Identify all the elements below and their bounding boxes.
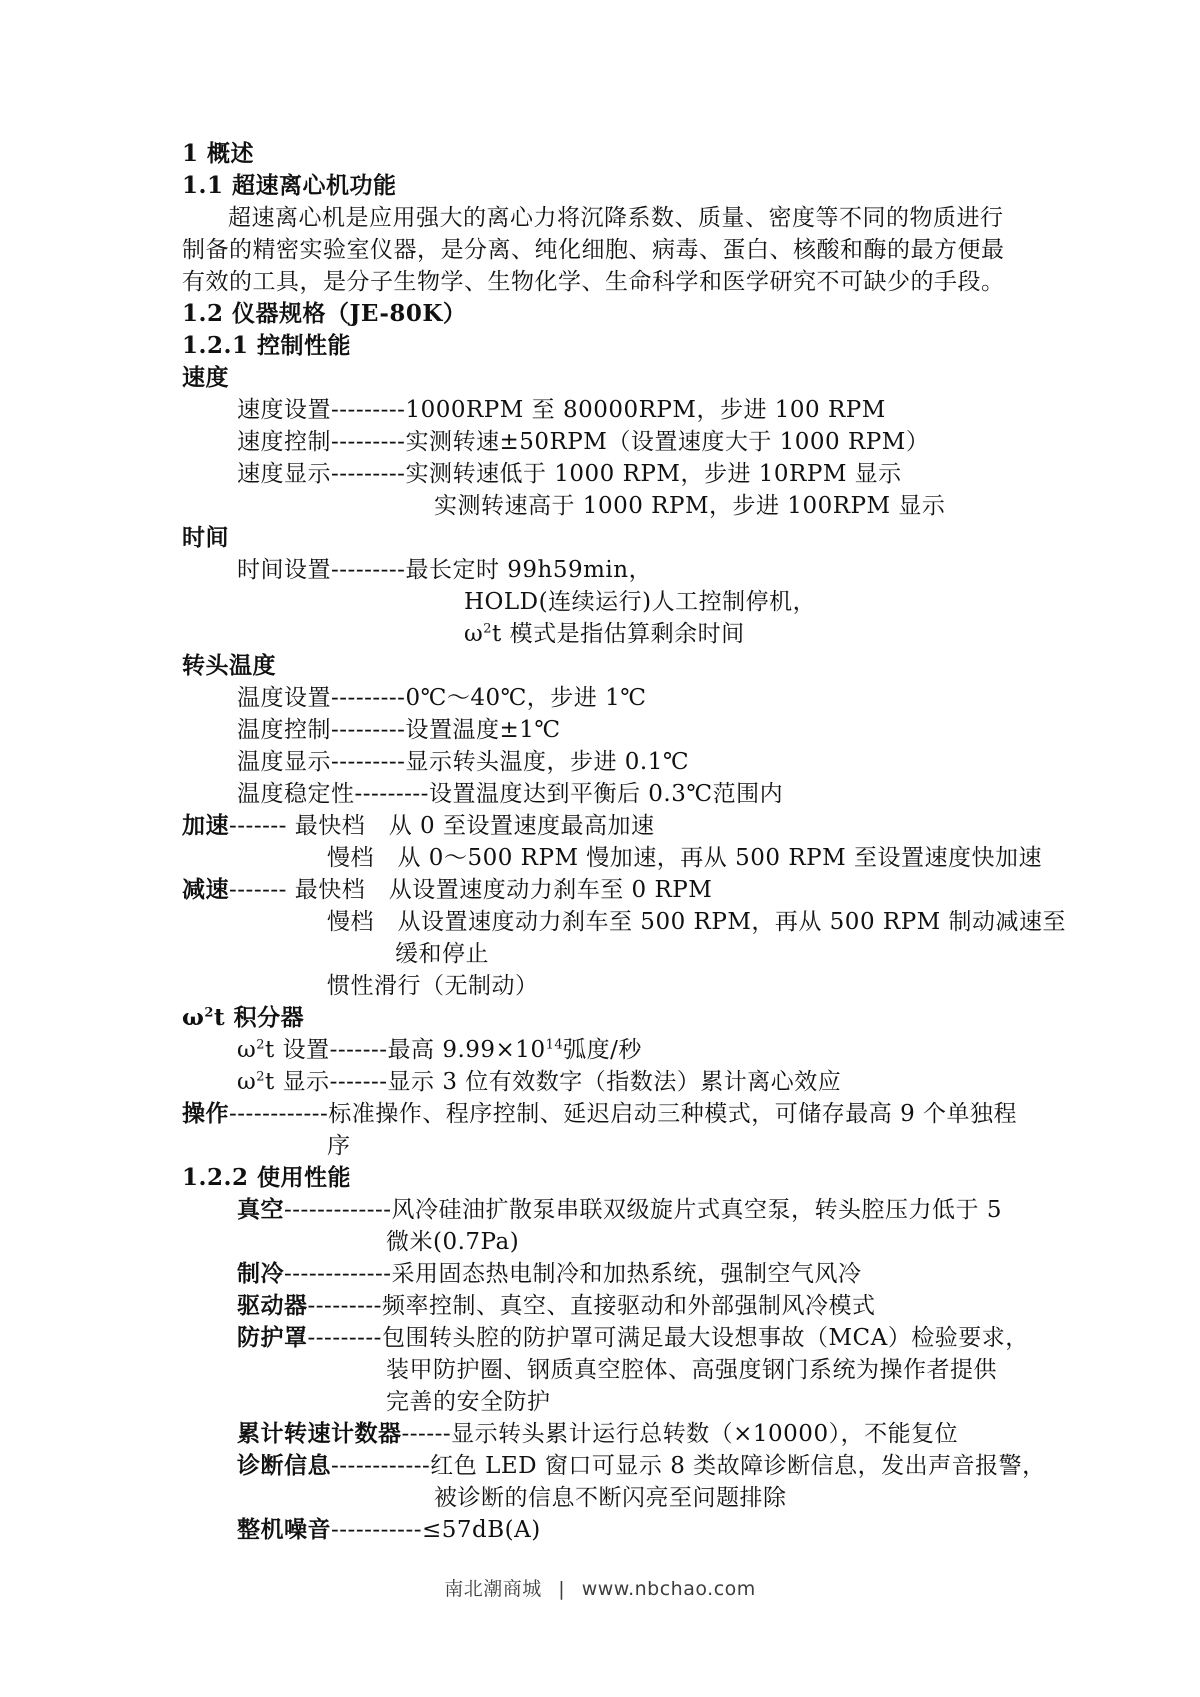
doc-text: ω — [237, 1069, 256, 1095]
doc-text: 最快档 从设置速度动力刹车至 0 RPM — [295, 877, 713, 903]
doc-text: t 积分器 — [214, 1004, 304, 1031]
doc-text: 包围转头腔的防护罩可满足最大设想事故（MCA）检验要求， — [382, 1325, 1029, 1351]
doc-text: ------------ — [229, 1101, 328, 1127]
doc-text: --------- — [331, 397, 405, 423]
doc-line: 温度设置---------0℃～40℃，步进 1℃ — [0, 682, 1200, 714]
doc-text: 1.2.1 控制性能 — [182, 332, 351, 359]
doc-line: 速度显示---------实测转速低于 1000 RPM，步进 10RPM 显示 — [0, 458, 1200, 490]
doc-text: --------- — [331, 461, 405, 487]
doc-text: 时间设置 — [237, 557, 331, 583]
doc-line: 驱动器---------频率控制、真空、直接驱动和外部强制风冷模式 — [0, 1290, 1200, 1322]
doc-text: ≤57dB(A) — [422, 1517, 541, 1543]
doc-text: 速度 — [182, 364, 229, 391]
doc-line: ω2t 模式是指估算剩余时间 — [0, 618, 1200, 650]
doc-text: t 设置 — [265, 1037, 330, 1063]
doc-text: 真空 — [237, 1196, 284, 1223]
doc-text: ------------ — [331, 1453, 430, 1479]
doc-line: 实测转速高于 1000 RPM，步进 100RPM 显示 — [0, 490, 1200, 522]
doc-line: 转头温度 — [0, 650, 1200, 682]
doc-line: HOLD(连续运行)人工控制停机， — [0, 586, 1200, 618]
doc-line: 装甲防护圈、钢质真空腔体、高强度钢门系统为操作者提供 — [0, 1354, 1200, 1386]
doc-line: 制冷-------------采用固态热电制冷和加热系统，强制空气风冷 — [0, 1258, 1200, 1290]
doc-text: 弧度/秒 — [563, 1037, 642, 1063]
doc-text: 温度显示 — [237, 749, 331, 775]
doc-text: t 模式是指估算剩余时间 — [492, 621, 745, 647]
doc-text: 装甲防护圈、钢质真空腔体、高强度钢门系统为操作者提供 — [386, 1357, 997, 1383]
doc-text: 微米(0.7Pa) — [386, 1229, 519, 1255]
doc-text: 1.2.2 使用性能 — [182, 1164, 351, 1191]
doc-line: 减速------- 最快档 从设置速度动力刹车至 0 RPM — [0, 874, 1200, 906]
doc-text: ------- — [330, 1037, 388, 1063]
doc-line: 温度控制---------设置温度±1℃ — [0, 714, 1200, 746]
doc-text: 显示转头累计运行总转数（×10000），不能复位 — [451, 1421, 958, 1447]
doc-text: --------- — [355, 781, 429, 807]
doc-text: --------- — [331, 685, 405, 711]
doc-line: 制备的精密实验室仪器，是分离、纯化细胞、病毒、蛋白、核酸和酶的最方便最 — [0, 234, 1200, 266]
doc-line: 累计转速计数器------显示转头累计运行总转数（×10000），不能复位 — [0, 1418, 1200, 1450]
doc-text: 频率控制、真空、直接驱动和外部强制风冷模式 — [382, 1293, 876, 1319]
doc-text: 实测转速高于 1000 RPM，步进 100RPM 显示 — [434, 493, 945, 519]
doc-text: --------- — [331, 717, 405, 743]
doc-line: 速度设置---------1000RPM 至 80000RPM，步进 100 R… — [0, 394, 1200, 426]
doc-line: ω2t 显示-------显示 3 位有效数字（指数法）累计离心效应 — [0, 1066, 1200, 1098]
doc-line: 完善的安全防护 — [0, 1386, 1200, 1418]
doc-text: ------------- — [284, 1261, 392, 1287]
doc-text: 有效的工具，是分子生物学、生物化学、生命科学和医学研究不可缺少的手段。 — [182, 269, 1005, 295]
doc-line: 微米(0.7Pa) — [0, 1226, 1200, 1258]
doc-line: 1.2 仪器规格（JE-80K） — [0, 298, 1200, 330]
doc-text: 慢档 从 0～500 RPM 慢加速，再从 500 RPM 至设置速度快加速 — [327, 845, 1042, 871]
doc-text: 操作 — [182, 1100, 229, 1127]
document-page: 1 概述1.1 超速离心机功能超速离心机是应用强大的离心力将沉降系数、质量、密度… — [0, 0, 1200, 1697]
doc-text: 加速 — [182, 812, 229, 839]
doc-line: 被诊断的信息不断闪亮至问题排除 — [0, 1482, 1200, 1514]
doc-text: 设置温度达到平衡后 0.3℃范围内 — [429, 781, 783, 807]
doc-text: 驱动器 — [237, 1292, 308, 1319]
doc-text: ω — [237, 1037, 256, 1063]
doc-text: 惯性滑行（无制动） — [327, 973, 539, 999]
doc-text: 1 概述 — [182, 140, 254, 167]
doc-text: 制冷 — [237, 1260, 284, 1287]
doc-text: --------- — [331, 429, 405, 455]
doc-text: 红色 LED 窗口可显示 8 类故障诊断信息，发出声音报警， — [430, 1453, 1045, 1479]
doc-text: 实测转速低于 1000 RPM，步进 10RPM 显示 — [405, 461, 901, 487]
doc-text: 1000RPM 至 80000RPM，步进 100 RPM — [405, 397, 885, 423]
doc-text: 防护罩 — [237, 1324, 308, 1351]
doc-text: 温度稳定性 — [237, 781, 355, 807]
doc-text: 设置温度±1℃ — [405, 717, 560, 743]
doc-text: ----------- — [331, 1517, 422, 1543]
doc-line: 1.2.2 使用性能 — [0, 1162, 1200, 1194]
doc-line: 时间设置---------最长定时 99h59min， — [0, 554, 1200, 586]
document-body: 1 概述1.1 超速离心机功能超速离心机是应用强大的离心力将沉降系数、质量、密度… — [0, 138, 1200, 1546]
doc-text: 实测转速±50RPM（设置速度大于 1000 RPM） — [405, 429, 929, 455]
doc-text: t 显示 — [265, 1069, 330, 1095]
doc-text: 诊断信息 — [237, 1452, 331, 1479]
doc-line: 温度稳定性---------设置温度达到平衡后 0.3℃范围内 — [0, 778, 1200, 810]
doc-line: 时间 — [0, 522, 1200, 554]
doc-text: --------- — [331, 557, 405, 583]
doc-line: 速度 — [0, 362, 1200, 394]
doc-text: 0℃～40℃，步进 1℃ — [405, 685, 646, 711]
doc-superscript: 14 — [546, 1037, 564, 1052]
doc-text: --------- — [308, 1325, 382, 1351]
page-footer: 南北潮商城 | www.nbchao.com — [0, 1574, 1200, 1601]
doc-superscript: 2 — [256, 1037, 265, 1052]
doc-text: 1.1 超速离心机功能 — [182, 172, 397, 199]
doc-text: ------------- — [284, 1197, 392, 1223]
doc-text: ------- — [229, 877, 295, 903]
doc-text: 速度显示 — [237, 461, 331, 487]
doc-line: ω2t 积分器 — [0, 1002, 1200, 1034]
doc-line: 缓和停止 — [0, 938, 1200, 970]
doc-text: 显示转头温度，步进 0.1℃ — [405, 749, 689, 775]
doc-text: 制备的精密实验室仪器，是分离、纯化细胞、病毒、蛋白、核酸和酶的最方便最 — [182, 237, 1005, 263]
doc-text: 最快档 从 0 至设置速度最高加速 — [295, 813, 655, 839]
doc-text: ------- — [330, 1069, 388, 1095]
doc-line: 防护罩---------包围转头腔的防护罩可满足最大设想事故（MCA）检验要求， — [0, 1322, 1200, 1354]
doc-line: 1.1 超速离心机功能 — [0, 170, 1200, 202]
footer-separator: | — [558, 1578, 565, 1600]
doc-line: 慢档 从 0～500 RPM 慢加速，再从 500 RPM 至设置速度快加速 — [0, 842, 1200, 874]
doc-line: 操作------------标准操作、程序控制、延迟启动三种模式，可储存最高 9… — [0, 1098, 1200, 1130]
doc-text: 最长定时 99h59min， — [405, 557, 652, 583]
doc-text: 速度设置 — [237, 397, 331, 423]
doc-text: ------ — [402, 1421, 452, 1447]
doc-line: 真空-------------风冷硅油扩散泵串联双级旋片式真空泵，转头腔压力低于… — [0, 1194, 1200, 1226]
doc-text: 采用固态热电制冷和加热系统，强制空气风冷 — [392, 1261, 862, 1287]
doc-line: 惯性滑行（无制动） — [0, 970, 1200, 1002]
doc-text: 整机噪音 — [237, 1516, 331, 1543]
doc-text: 标准操作、程序控制、延迟启动三种模式，可储存最高 9 个单独程 — [328, 1101, 1017, 1127]
doc-line: 温度显示---------显示转头温度，步进 0.1℃ — [0, 746, 1200, 778]
doc-text: ω — [464, 621, 483, 647]
doc-text: 缓和停止 — [395, 941, 489, 967]
doc-text: 减速 — [182, 876, 229, 903]
doc-text: 慢档 从设置速度动力刹车至 500 RPM，再从 500 RPM 制动减速至 — [327, 909, 1066, 935]
doc-text: HOLD(连续运行)人工控制停机， — [464, 589, 816, 615]
doc-text: 显示 3 位有效数字（指数法）累计离心效应 — [388, 1069, 842, 1095]
doc-text: 时间 — [182, 524, 229, 551]
doc-line: 速度控制---------实测转速±50RPM（设置速度大于 1000 RPM） — [0, 426, 1200, 458]
doc-line: 序 — [0, 1130, 1200, 1162]
doc-text: 转头温度 — [182, 652, 276, 679]
footer-brand: 南北潮商城 — [444, 1578, 542, 1600]
doc-superscript: 2 — [204, 1005, 214, 1020]
doc-line: 1.2.1 控制性能 — [0, 330, 1200, 362]
doc-text: 完善的安全防护 — [386, 1389, 551, 1415]
doc-text: 被诊断的信息不断闪亮至问题排除 — [434, 1485, 787, 1511]
doc-text: 累计转速计数器 — [237, 1420, 402, 1447]
doc-line: 有效的工具，是分子生物学、生物化学、生命科学和医学研究不可缺少的手段。 — [0, 266, 1200, 298]
doc-line: 诊断信息------------红色 LED 窗口可显示 8 类故障诊断信息，发… — [0, 1450, 1200, 1482]
doc-text: 温度控制 — [237, 717, 331, 743]
doc-text: ω — [182, 1004, 204, 1031]
doc-line: 超速离心机是应用强大的离心力将沉降系数、质量、密度等不同的物质进行 — [0, 202, 1200, 234]
doc-text: 速度控制 — [237, 429, 331, 455]
doc-superscript: 2 — [256, 1069, 265, 1084]
doc-line: 1 概述 — [0, 138, 1200, 170]
doc-text: 风冷硅油扩散泵串联双级旋片式真空泵，转头腔压力低于 5 — [392, 1197, 1002, 1223]
doc-line: 整机噪音-----------≤57dB(A) — [0, 1514, 1200, 1546]
footer-url: www.nbchao.com — [582, 1578, 756, 1600]
doc-text: 温度设置 — [237, 685, 331, 711]
doc-text: --------- — [331, 749, 405, 775]
doc-text: ------- — [229, 813, 295, 839]
doc-line: 慢档 从设置速度动力刹车至 500 RPM，再从 500 RPM 制动减速至 — [0, 906, 1200, 938]
doc-text: 超速离心机是应用强大的离心力将沉降系数、质量、密度等不同的物质进行 — [228, 205, 1004, 231]
doc-superscript: 2 — [483, 621, 492, 636]
doc-line: ω2t 设置-------最高 9.99×1014弧度/秒 — [0, 1034, 1200, 1066]
doc-line: 加速------- 最快档 从 0 至设置速度最高加速 — [0, 810, 1200, 842]
doc-text: 1.2 仪器规格（JE-80K） — [182, 300, 466, 327]
doc-text: 最高 9.99×10 — [388, 1037, 546, 1063]
doc-text: 序 — [327, 1133, 351, 1159]
doc-text: --------- — [308, 1293, 382, 1319]
